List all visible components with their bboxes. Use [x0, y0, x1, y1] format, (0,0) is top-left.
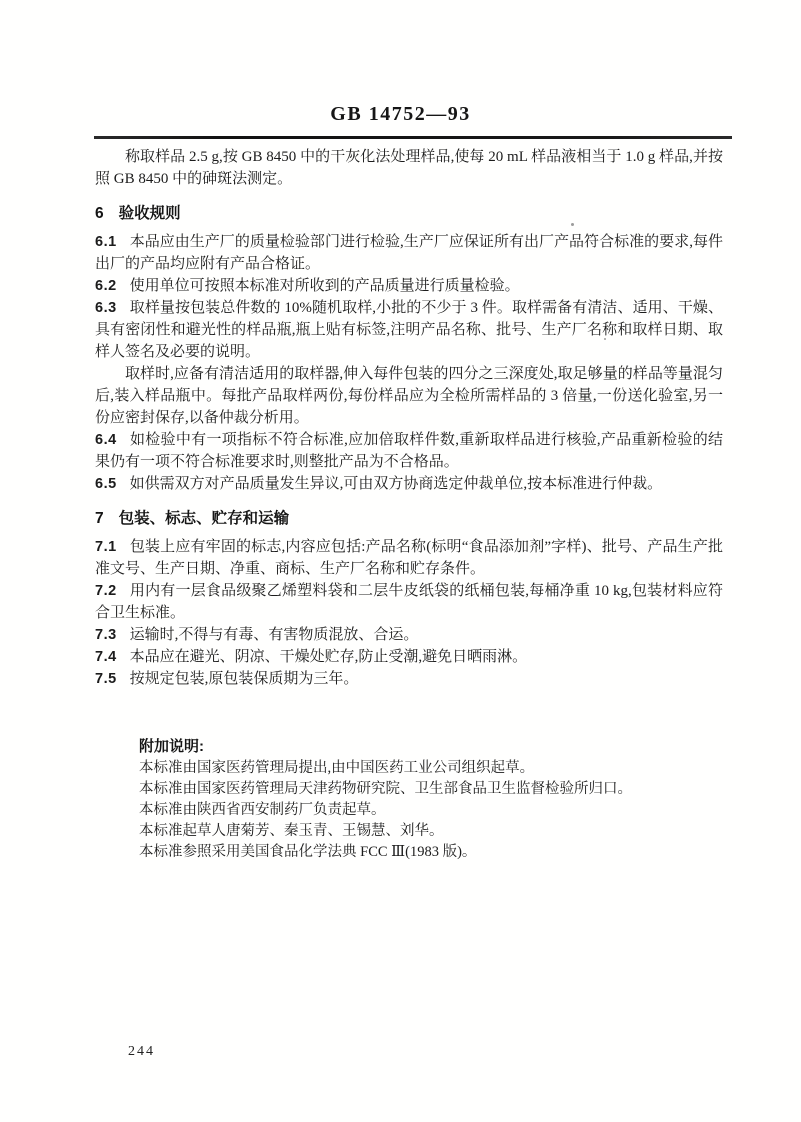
clause-6-2-number: 6.2 [95, 278, 117, 294]
clause-7-3-text: 运输时,不得与有毒、有害物质混放、合运。 [130, 627, 419, 643]
clause-6-5-text: 如供需双方对产品质量发生异议,可由双方协商选定仲裁单位,按本标准进行仲裁。 [130, 476, 663, 492]
clause-7-2: 7.2用内有一层食品级聚乙烯塑料袋和二层牛皮纸袋的纸桶包装,每桶净重 10 kg… [95, 580, 723, 624]
page-number: 244 [128, 1044, 155, 1060]
clause-7-1-text: 包装上应有牢固的标志,内容应包括:产品名称(标明“食品添加剂”字样)、批号、产品… [95, 539, 723, 577]
clause-6-3: 6.3取样量按包装总件数的 10%随机取样,小批的不少于 3 件。取样需备有清洁… [95, 297, 723, 363]
standard-number-header: GB 14752—93 [0, 103, 801, 126]
clause-7-5: 7.5按规定包装,原包装保质期为三年。 [95, 668, 723, 690]
addendum-line-proposed-by: 本标准由国家医药管理局提出,由中国医药工业公司组织起草。 [139, 758, 679, 779]
clause-6-4-text: 如检验中有一项指标不符合标准,应加倍取样件数,重新取样品进行核验,产品重新检验的… [95, 432, 723, 470]
addendum-line-drafters: 本标准起草人唐菊芳、秦玉青、王锡慧、刘华。 [139, 821, 679, 842]
clause-7-2-text: 用内有一层食品级聚乙烯塑料袋和二层牛皮纸袋的纸桶包装,每桶净重 10 kg,包装… [95, 583, 723, 621]
addendum-line-drafted-by: 本标准由陕西省西安制药厂负责起草。 [139, 800, 679, 821]
clause-6-2: 6.2使用单位可按照本标准对所收到的产品质量进行质量检验。 [95, 275, 723, 297]
scan-speck [433, 458, 435, 460]
clause-7-1-number: 7.1 [95, 539, 117, 555]
clause-6-3-number: 6.3 [95, 300, 117, 316]
document-body: 称取样品 2.5 g,按 GB 8450 中的干灰化法处理样品,使每 20 mL… [95, 146, 723, 863]
clause-6-3-text: 取样量按包装总件数的 10%随机取样,小批的不少于 3 件。取样需备有清洁、适用… [95, 300, 723, 360]
clause-7-3: 7.3运输时,不得与有毒、有害物质混放、合运。 [95, 624, 723, 646]
clause-7-5-number: 7.5 [95, 671, 117, 687]
clause-6-4: 6.4如检验中有一项指标不符合标准,应加倍取样件数,重新取样品进行核验,产品重新… [95, 429, 723, 473]
section-6-heading: 6验收规则 [95, 203, 723, 225]
scan-speck [571, 223, 574, 226]
header-rule [94, 136, 732, 139]
clause-6-1-text: 本品应由生产厂的质量检验部门进行检验,生产厂应保证所有出厂产品符合标准的要求,每… [95, 234, 723, 272]
intro-paragraph-text: 称取样品 2.5 g,按 GB 8450 中的干灰化法处理样品,使每 20 mL… [95, 149, 723, 187]
clause-7-4-text: 本品应在避光、阴凉、干燥处贮存,防止受潮,避免日晒雨淋。 [130, 649, 528, 665]
clause-7-2-number: 7.2 [95, 583, 117, 599]
addendum-line-reference: 本标准参照采用美国食品化学法典 FCC Ⅲ(1983 版)。 [139, 842, 679, 863]
addendum-line-centralized-by: 本标准由国家医药管理局天津药物研究院、卫生部食品卫生监督检验所归口。 [139, 779, 679, 800]
section-7-title: 包装、标志、贮存和运输 [119, 510, 290, 527]
section-7-number: 7 [95, 510, 104, 527]
clause-6-2-text: 使用单位可按照本标准对所收到的产品质量进行质量检验。 [130, 278, 520, 294]
sampling-procedure-text: 取样时,应备有清洁适用的取样器,伸入每件包装的四分之三深度处,取足够量的样品等量… [95, 366, 723, 426]
section-6-title: 验收规则 [119, 205, 181, 222]
clause-6-5-number: 6.5 [95, 476, 117, 492]
clause-6-5: 6.5如供需双方对产品质量发生异议,可由双方协商选定仲裁单位,按本标准进行仲裁。 [95, 473, 723, 495]
clause-7-1: 7.1包装上应有牢固的标志,内容应包括:产品名称(标明“食品添加剂”字样)、批号… [95, 536, 723, 580]
clause-7-4: 7.4本品应在避光、阴凉、干燥处贮存,防止受潮,避免日晒雨淋。 [95, 646, 723, 668]
intro-paragraph: 称取样品 2.5 g,按 GB 8450 中的干灰化法处理样品,使每 20 mL… [95, 146, 723, 190]
clause-7-4-number: 7.4 [95, 649, 117, 665]
scan-speck [604, 338, 606, 340]
clause-6-4-number: 6.4 [95, 432, 117, 448]
clause-6-1: 6.1本品应由生产厂的质量检验部门进行检验,生产厂应保证所有出厂产品符合标准的要… [95, 231, 723, 275]
clause-7-5-text: 按规定包装,原包装保质期为三年。 [130, 671, 359, 687]
addendum-section: 附加说明: 本标准由国家医药管理局提出,由中国医药工业公司组织起草。 本标准由国… [139, 736, 679, 863]
sampling-procedure-paragraph: 取样时,应备有清洁适用的取样器,伸入每件包装的四分之三深度处,取足够量的样品等量… [95, 363, 723, 429]
addendum-heading: 附加说明: [139, 736, 679, 757]
clause-6-1-number: 6.1 [95, 234, 117, 250]
clause-7-3-number: 7.3 [95, 627, 117, 643]
section-6-number: 6 [95, 205, 104, 222]
document-page: GB 14752—93 称取样品 2.5 g,按 GB 8450 中的干灰化法处… [0, 0, 801, 1122]
section-7-heading: 7包装、标志、贮存和运输 [95, 508, 723, 530]
